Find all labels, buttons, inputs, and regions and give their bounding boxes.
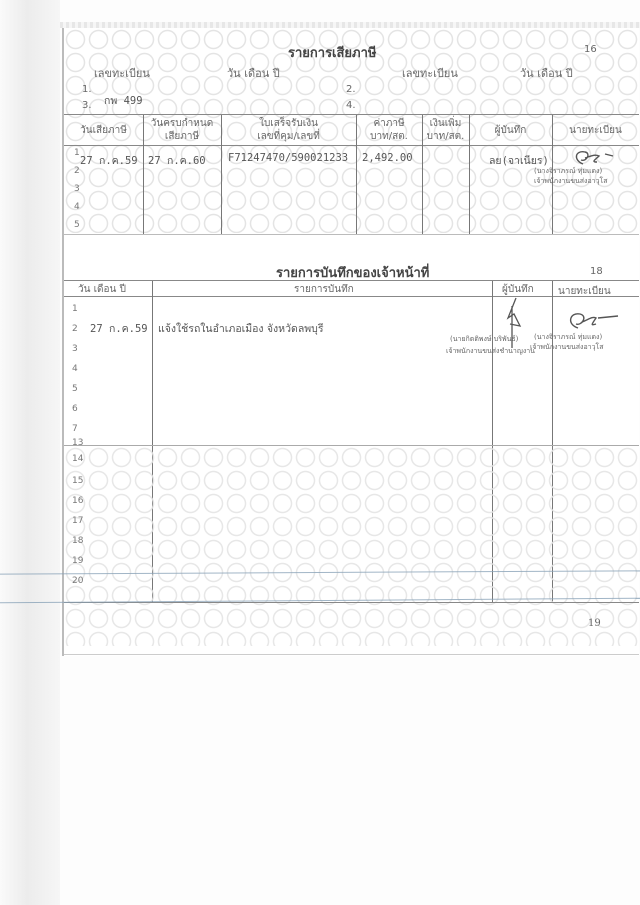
officer-col-date: วัน เดือน ปี [78, 282, 126, 297]
plate-num-1: 1. [82, 84, 92, 95]
tax-date: 27 ก.ค.59 [80, 152, 138, 169]
officer-row-number: 13 [72, 438, 83, 448]
plate-num-2: 2. [346, 84, 356, 95]
vehicle-registration-page: รายการเสียภาษี 16 เลขทะเบียน วัน เดือน ป… [62, 28, 639, 656]
officer-col-recorder: ผู้บันทึก [502, 282, 534, 297]
page-bottom-edge [64, 654, 639, 655]
date-label-left: วัน เดือน ปี [227, 64, 280, 82]
due-date: 27 ก.ค.60 [148, 152, 206, 169]
tax-row-number: 1 [74, 148, 80, 158]
officer-registrar-signature-icon [564, 310, 620, 332]
tax-row-number: 3 [74, 184, 80, 194]
officer-row-number: 14 [72, 454, 83, 464]
officer-col-entry: รายการบันทึก [294, 282, 354, 297]
tax-column-header: นายทะเบียน [552, 124, 639, 137]
officer-row-number: 17 [72, 516, 83, 526]
tax-row-number: 5 [74, 220, 80, 230]
officer-registrar-title: เจ้าพนักงานขนส่งอาวุโส [530, 342, 604, 353]
officer-entry-date: 27 ก.ค.59 [90, 320, 148, 337]
tax-column-header: เงินเพิ่มบาท/สต. [422, 117, 469, 143]
officer-row-number: 19 [72, 556, 83, 566]
tax-row-number: 2 [74, 166, 80, 176]
plate-num-3: 3. [82, 100, 92, 111]
tax-section-page-number: 16 [584, 44, 597, 55]
officer-col-registrar: นายทะเบียน [558, 284, 611, 299]
officer-row-number: 16 [72, 496, 83, 506]
officer-row-number: 18 [72, 536, 83, 546]
tax-column-header: ค่าภาษีบาท/สต. [356, 117, 422, 143]
officer-row-number: 4 [72, 364, 78, 374]
tax-column-header: วันเสียภาษี [64, 124, 143, 137]
tax-row-number: 4 [74, 202, 80, 212]
scan-shadow-edge [0, 0, 60, 905]
tax-amount: 2,492.00 [362, 152, 413, 164]
officer-row-number: 20 [72, 576, 83, 586]
officer-recorder-title: เจ้าพนักงานขนส่งชำนาญงาน [446, 346, 535, 357]
tax-section-bottom [64, 234, 639, 235]
tax-section-title: รายการเสียภาษี [288, 42, 377, 63]
page-overlap-edge [64, 445, 639, 446]
plate-value-1: กพ 499 [104, 92, 143, 109]
officer-recorder-name: (นายกิตติพงษ์ บริพันธ์) [450, 334, 518, 345]
officer-entry-text: แจ้งใช้รถในอำเภอเมือง จังหวัดลพบุรี [158, 320, 323, 337]
officer-section-page-number: 18 [590, 266, 603, 277]
overlapping-page-background [64, 446, 639, 646]
date-label-right: วัน เดือน ปี [520, 64, 573, 82]
officer-row-number: 5 [72, 384, 78, 394]
officer-row-number: 7 [72, 424, 78, 434]
reg-label-left: เลขทะเบียน [94, 64, 150, 82]
officer-row-number: 6 [72, 404, 78, 414]
tax-column-header: ผู้บันทึก [469, 124, 552, 137]
reg-label-right: เลขทะเบียน [402, 64, 458, 82]
officer-row-number: 3 [72, 344, 78, 354]
tax-registrar-title: เจ้าพนักงานขนส่งอาวุโส [534, 176, 608, 187]
officer-row-number: 2 [72, 324, 78, 334]
officer-row-number: 1 [72, 304, 78, 314]
officer-row-number: 15 [72, 476, 83, 486]
tax-column-header: วันครบกำหนดเสียภาษี [143, 117, 221, 143]
receipt-number: F71247470/590021233 [228, 152, 348, 164]
footer-page-number: 19 [588, 618, 601, 629]
plate-num-4: 4. [346, 100, 356, 111]
tax-column-header: ใบเสร็จรับเงินเลขที่คุม/เลขที่ [221, 117, 356, 143]
